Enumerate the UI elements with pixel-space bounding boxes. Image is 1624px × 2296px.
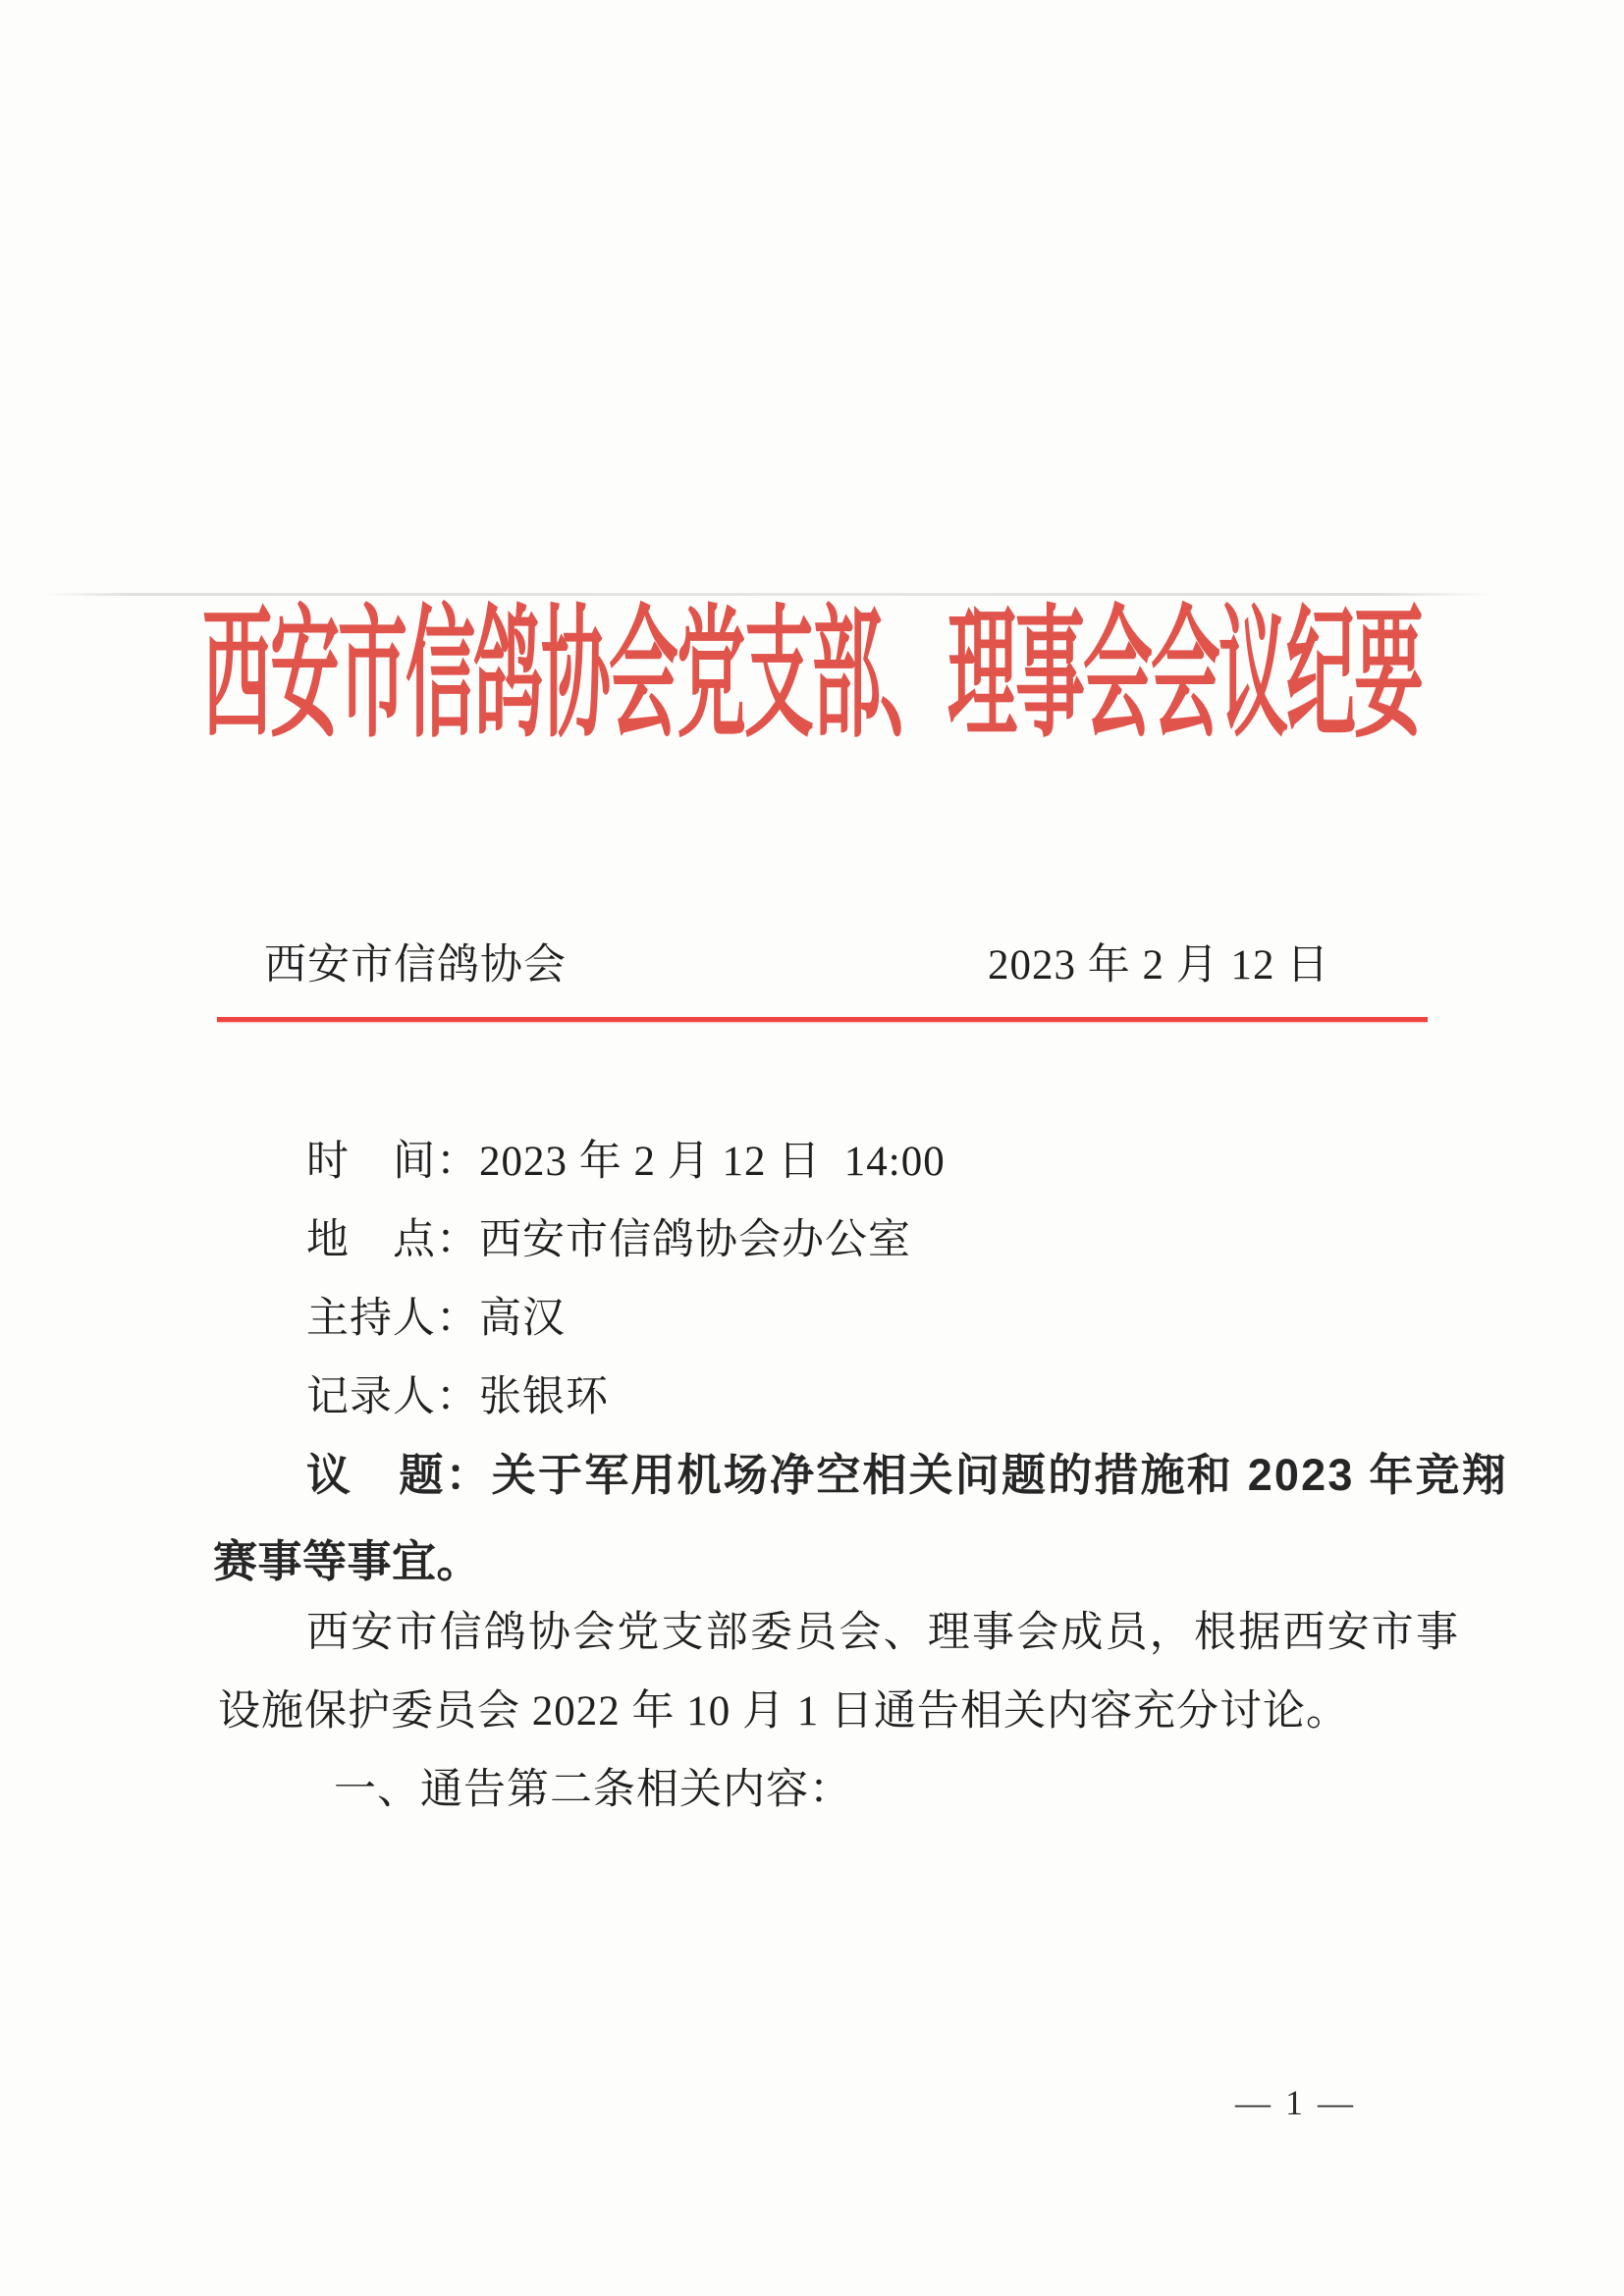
red-divider-rule — [217, 1017, 1428, 1022]
meeting-topic-line-1: 议 题：关于军用机场净空相关问题的措施和 2023 年竞翔 — [306, 1453, 1508, 1498]
meeting-host-line: 主持人：高汉 — [306, 1297, 566, 1342]
meeting-recorder-line: 记录人：张银环 — [306, 1375, 609, 1420]
body-paragraph-line-1: 西安市信鸽协会党支部委员会、理事会成员，根据西安市事 — [306, 1611, 1460, 1656]
document-date: 2023 年 2 月 12 日 — [988, 944, 1329, 987]
section-heading: 一、通告第二条相关内容： — [334, 1768, 852, 1813]
issuing-org-name: 西安市信鸽协会 — [264, 944, 567, 987]
document-title-row: 西安市信鸽协会党支部、理事会会议纪要 — [0, 607, 1624, 676]
body-paragraph-line-2: 设施保护委员会 2022 年 10 月 1 日通告相关内容充分讨论。 — [218, 1689, 1349, 1735]
scan-fold-line — [45, 593, 1492, 596]
page-number: — 1 — — [1235, 2083, 1356, 2122]
meeting-time-line: 时 间：2023 年 2 月 12 日 14:00 — [306, 1140, 946, 1185]
meeting-topic-line-2: 赛事等事宜。 — [213, 1539, 481, 1584]
scanned-document-page: 西安市信鸽协会党支部、理事会会议纪要 西安市信鸽协会 2023 年 2 月 12… — [0, 0, 1624, 2296]
meeting-location-line: 地 点：西安市信鸽协会办公室 — [306, 1218, 911, 1263]
document-title: 西安市信鸽协会党支部、理事会会议纪要 — [202, 607, 1422, 750]
